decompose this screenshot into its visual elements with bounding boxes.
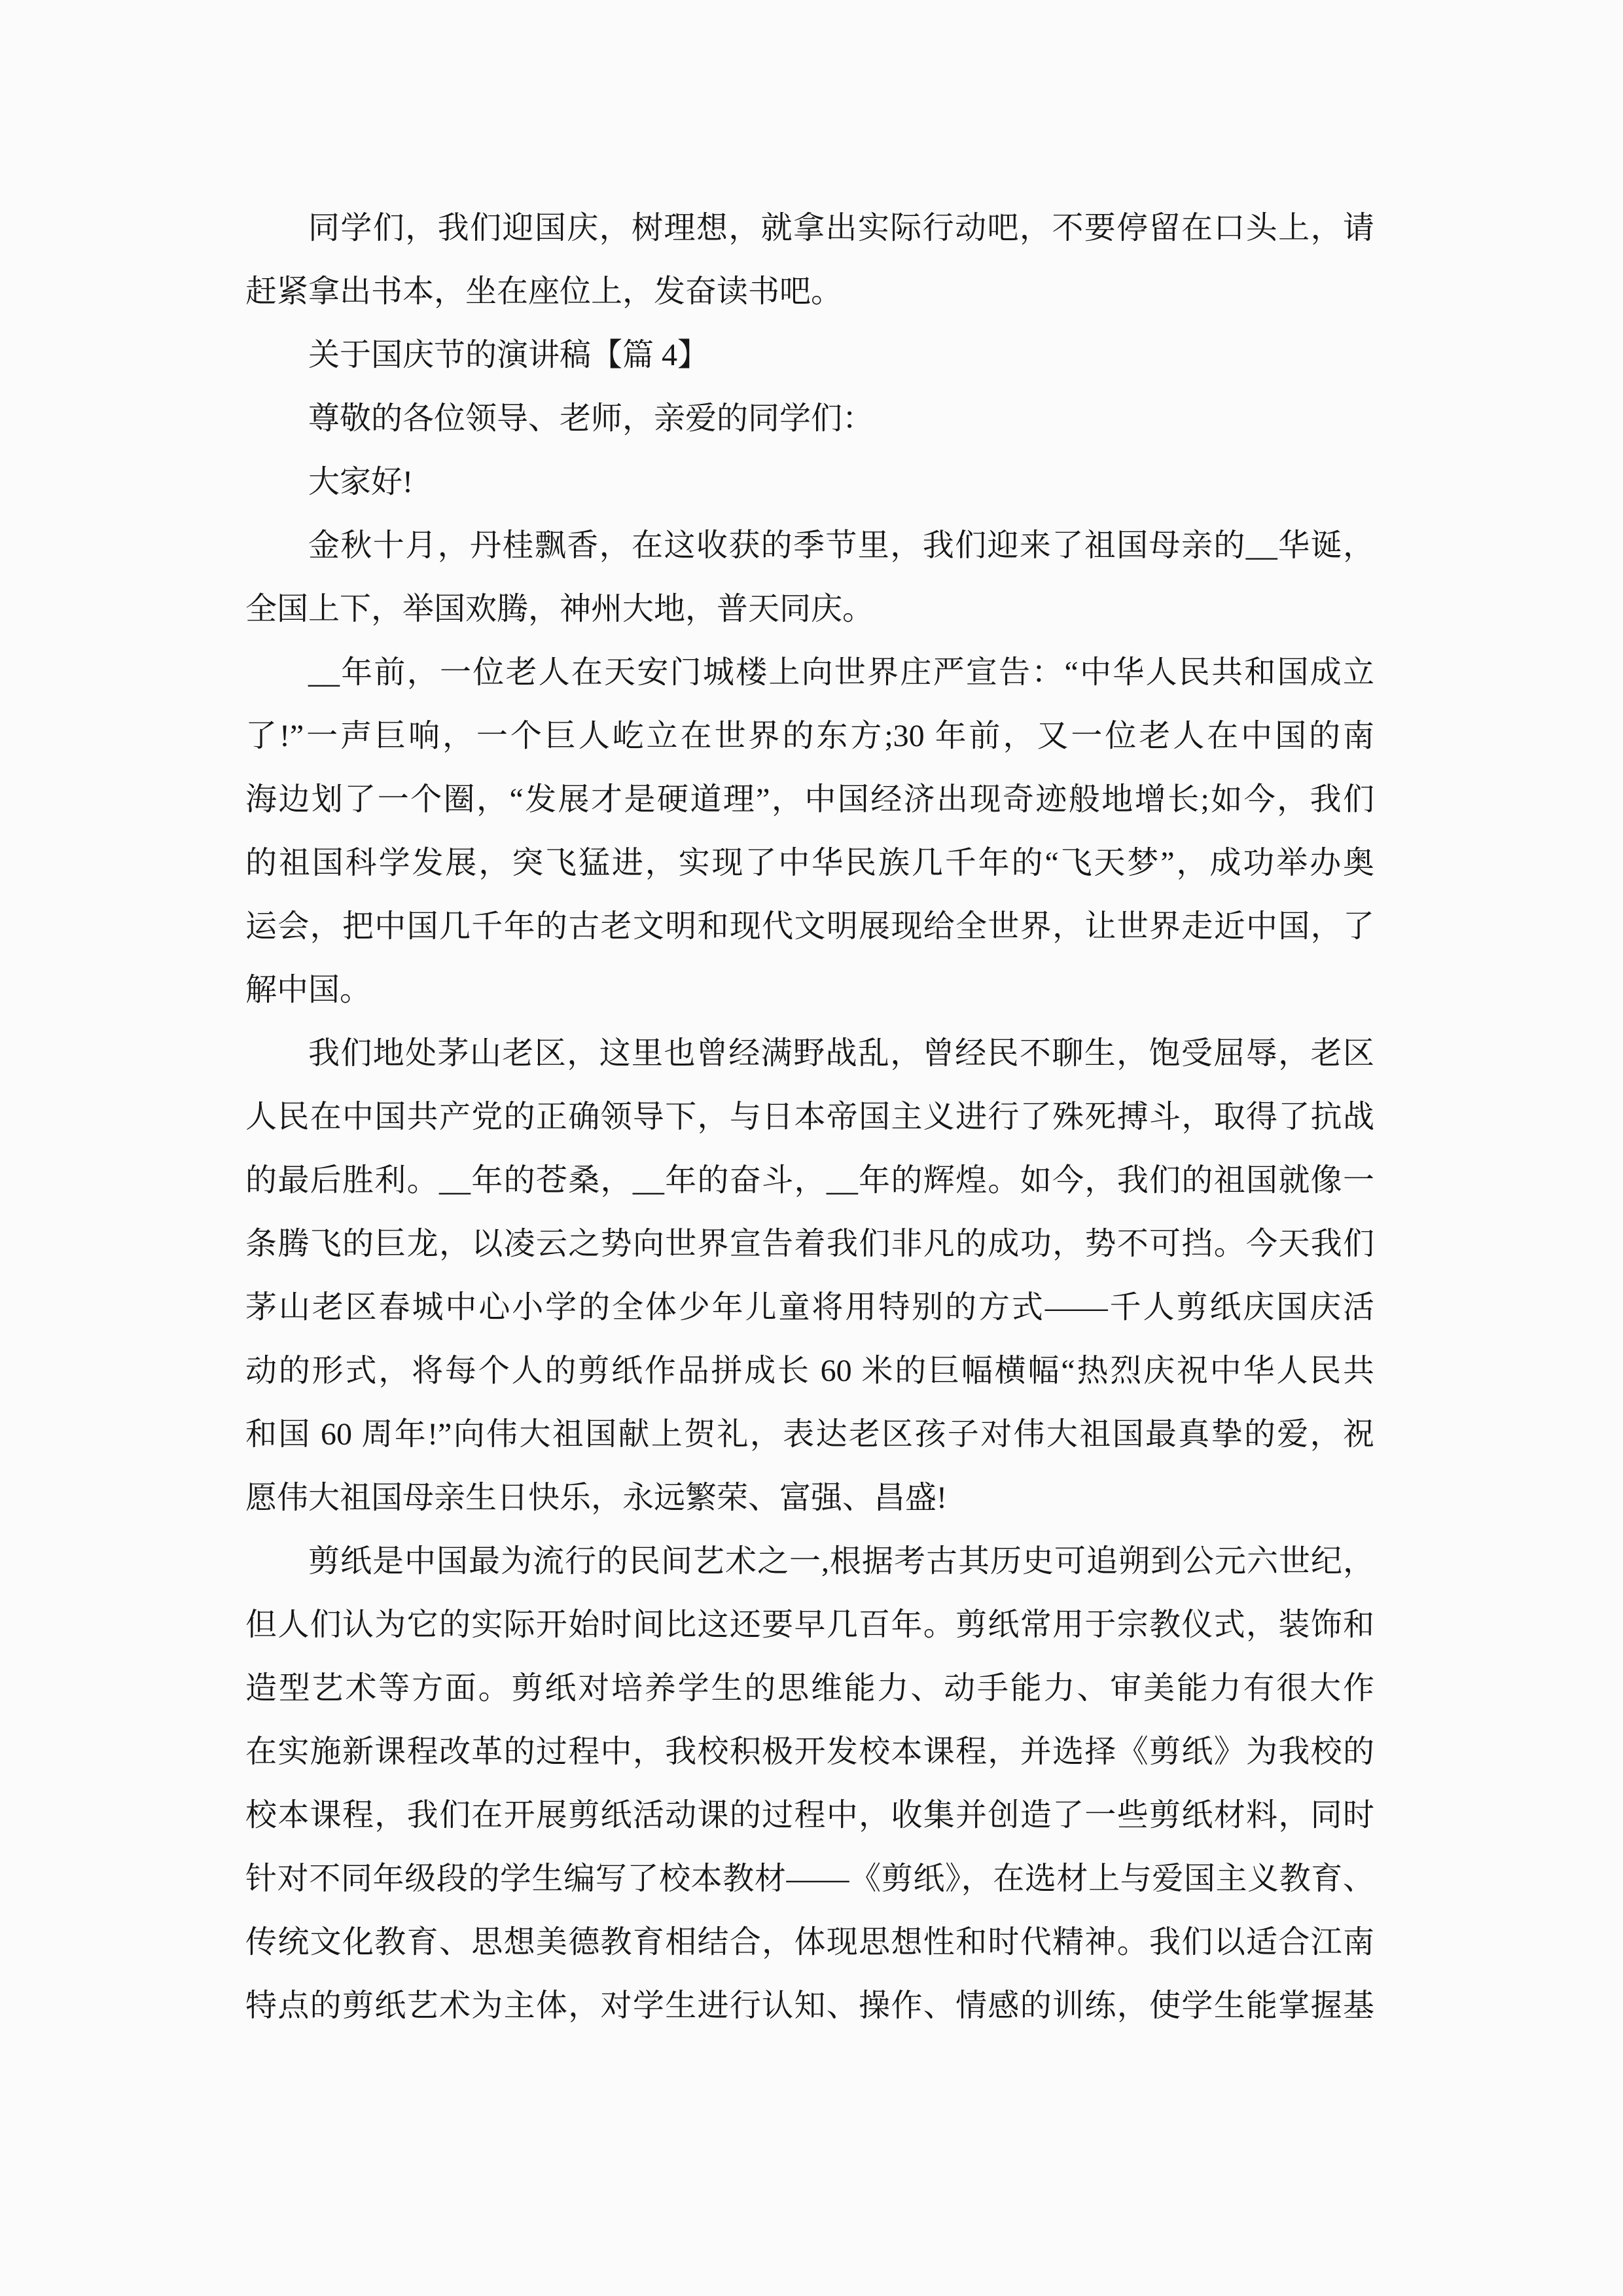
text-line: 造型艺术等方面。剪纸对培养学生的思维能力、动手能力、审美能力有很大作用。 — [245, 1657, 1374, 1720]
text-line: 茅山老区春城中心小学的全体少年儿童将用特别的方式——千人剪纸庆国庆活 — [245, 1276, 1374, 1339]
text-line: 传统文化教育、思想美德教育相结合，体现思想性和时代精神。我们以适合江南 — [245, 1910, 1374, 1974]
text-line: 条腾飞的巨龙，以凌云之势向世界宣告着我们非凡的成功，势不可挡。今天我们 — [245, 1212, 1374, 1276]
section-heading-line: 关于国庆节的演讲稿【篇 4】 — [245, 323, 1374, 387]
text-line: 的祖国科学发展，突飞猛进，实现了中华民族几千年的“飞天梦”，成功举办奥 — [245, 831, 1374, 895]
text-line: 解中国。 — [245, 958, 1374, 1022]
paragraph: 金秋十月，丹桂飘香，在这收获的季节里，我们迎来了祖国母亲的__华诞， 全国上下，… — [245, 514, 1374, 641]
paragraph: 大家好! — [245, 450, 1374, 514]
text-line: 了!”一声巨响，一个巨人屹立在世界的东方;30 年前，又一位老人在中国的南 — [245, 704, 1374, 768]
document-page: 同学们，我们迎国庆，树理想，就拿出实际行动吧，不要停留在口头上，请 赶紧拿出书本… — [0, 0, 1623, 2296]
text-line: __年前，一位老人在天安门城楼上向世界庄严宣告：“中华人民共和国成立 — [245, 641, 1374, 704]
text-line: 特点的剪纸艺术为主体，对学生进行认知、操作、情感的训练，使学生能掌握基 — [245, 1974, 1374, 2037]
paragraph: 剪纸是中国最为流行的民间艺术之一,根据考古其历史可追朔到公元六世纪， 但人们认为… — [245, 1530, 1374, 2037]
text-line: 的最后胜利。__年的苍桑，__年的奋斗，__年的辉煌。如今，我们的祖国就像一 — [245, 1149, 1374, 1212]
paragraph: 同学们，我们迎国庆，树理想，就拿出实际行动吧，不要停留在口头上，请 赶紧拿出书本… — [245, 196, 1374, 323]
text-line: 在实施新课程改革的过程中，我校积极开发校本课程，并选择《剪纸》为我校的 — [245, 1720, 1374, 1784]
text-line: 和国 60 周年!”向伟大祖国献上贺礼，表达老区孩子对伟大祖国最真挚的爱，祝 — [245, 1403, 1374, 1466]
text-line: 赶紧拿出书本，坐在座位上，发奋读书吧。 — [245, 260, 1374, 323]
text-line: 金秋十月，丹桂飘香，在这收获的季节里，我们迎来了祖国母亲的__华诞， — [245, 514, 1374, 577]
text-line: 动的形式，将每个人的剪纸作品拼成长 60 米的巨幅横幅“热烈庆祝中华人民共 — [245, 1339, 1374, 1403]
text-line: 剪纸是中国最为流行的民间艺术之一,根据考古其历史可追朔到公元六世纪， — [245, 1530, 1374, 1593]
text-line: 海边划了一个圈，“发展才是硬道理”，中国经济出现奇迹般地增长;如今，我们 — [245, 768, 1374, 831]
text-line: 校本课程，我们在开展剪纸活动课的过程中，收集并创造了一些剪纸材料，同时 — [245, 1784, 1374, 1847]
paragraph: 尊敬的各位领导、老师，亲爱的同学们： — [245, 387, 1374, 450]
text-line: 全国上下，举国欢腾，神州大地，普天同庆。 — [245, 577, 1374, 641]
text-line: 但人们认为它的实际开始时间比这还要早几百年。剪纸常用于宗教仪式，装饰和 — [245, 1593, 1374, 1657]
text-line: 运会，把中国几千年的古老文明和现代文明展现给全世界，让世界走近中国，了 — [245, 895, 1374, 958]
text-line: 人民在中国共产党的正确领导下，与日本帝国主义进行了殊死搏斗，取得了抗战 — [245, 1085, 1374, 1149]
text-line: 愿伟大祖国母亲生日快乐，永远繁荣、富强、昌盛! — [245, 1466, 1374, 1530]
text-line: 同学们，我们迎国庆，树理想，就拿出实际行动吧，不要停留在口头上，请 — [245, 196, 1374, 260]
text-line: 针对不同年级段的学生编写了校本教材——《剪纸》，在选材上与爱国主义教育、 — [245, 1847, 1374, 1910]
text-line: 我们地处茅山老区，这里也曾经满野战乱，曾经民不聊生，饱受屈辱，老区 — [245, 1022, 1374, 1085]
paragraph: 关于国庆节的演讲稿【篇 4】 — [245, 323, 1374, 387]
text-line: 大家好! — [245, 450, 1374, 514]
paragraph: __年前，一位老人在天安门城楼上向世界庄严宣告：“中华人民共和国成立 了!”一声… — [245, 641, 1374, 1022]
paragraph: 我们地处茅山老区，这里也曾经满野战乱，曾经民不聊生，饱受屈辱，老区 人民在中国共… — [245, 1022, 1374, 1530]
page-body: 同学们，我们迎国庆，树理想，就拿出实际行动吧，不要停留在口头上，请 赶紧拿出书本… — [245, 196, 1374, 2037]
text-line: 尊敬的各位领导、老师，亲爱的同学们： — [245, 387, 1374, 450]
